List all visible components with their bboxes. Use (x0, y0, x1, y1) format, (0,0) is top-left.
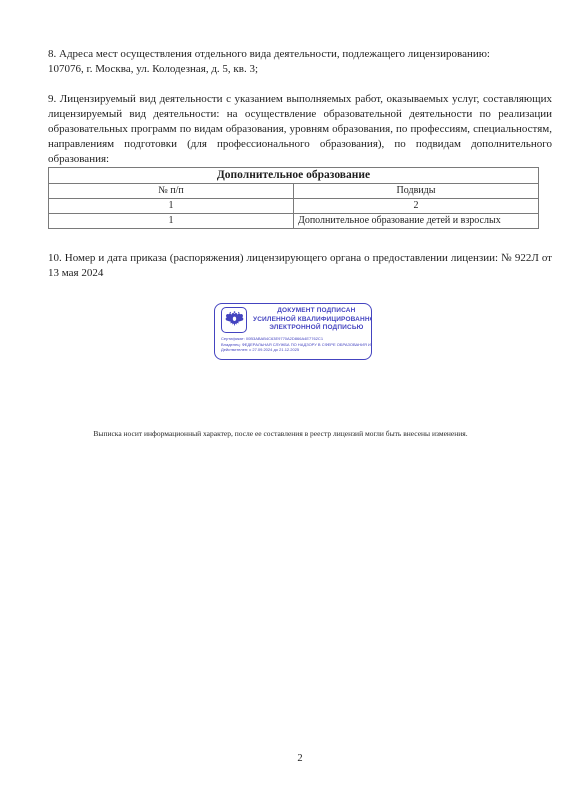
stamp-title-line: ДОКУМЕНТ ПОДПИСАН (253, 307, 372, 316)
item9-text: 9. Лицензируемый вид деятельности с указ… (48, 92, 552, 167)
stamp-validity: Действителен: с 27.09.2024 до 21.12.2025 (221, 347, 364, 353)
stamp-title-line: ЭЛЕКТРОННОЙ ПОДПИСЬЮ (253, 324, 372, 333)
page-number: 2 (48, 753, 552, 764)
table-column-number-row: 1 2 (49, 199, 539, 214)
item8-heading: 8. Адреса мест осуществления отдельного … (48, 47, 552, 62)
license-extract-page: 8. Адреса мест осуществления отдельного … (0, 0, 561, 800)
header-podvidy-cell: Подвиды (294, 184, 539, 199)
row-podvid-cell: Дополнительное образование детей и взрос… (294, 214, 539, 229)
column-number-cell: 1 (49, 199, 294, 214)
row-number-cell: 1 (49, 214, 294, 229)
column-number-cell: 2 (294, 199, 539, 214)
stamp-title-line: УСИЛЕННОЙ КВАЛИФИЦИРОВАННОЙ (253, 316, 372, 325)
table-title: Дополнительное образование (49, 168, 539, 184)
additional-education-table: Дополнительное образование № п/п Подвиды… (48, 167, 539, 229)
stamp-details: Сертификат: 00B3ABAB4C63E9770A2D866A4E77… (221, 336, 364, 353)
table-header-row: № п/п Подвиды (49, 184, 539, 199)
digital-signature-stamp: ДОКУМЕНТ ПОДПИСАН УСИЛЕННОЙ КВАЛИФИЦИРОВ… (214, 303, 372, 360)
table-row: 1 Дополнительное образование детей и взр… (49, 214, 539, 229)
informational-note: Выписка носит информационный характер, п… (0, 429, 561, 439)
table-title-row: Дополнительное образование (49, 168, 539, 184)
coat-of-arms-icon (221, 307, 247, 333)
header-number-cell: № п/п (49, 184, 294, 199)
item10-text: 10. Номер и дата приказа (распоряжения) … (48, 251, 552, 281)
stamp-header: ДОКУМЕНТ ПОДПИСАН УСИЛЕННОЙ КВАЛИФИЦИРОВ… (221, 307, 364, 333)
item8-address: 107076, г. Москва, ул. Колодезная, д. 5,… (48, 62, 552, 77)
stamp-title: ДОКУМЕНТ ПОДПИСАН УСИЛЕННОЙ КВАЛИФИЦИРОВ… (253, 307, 372, 333)
